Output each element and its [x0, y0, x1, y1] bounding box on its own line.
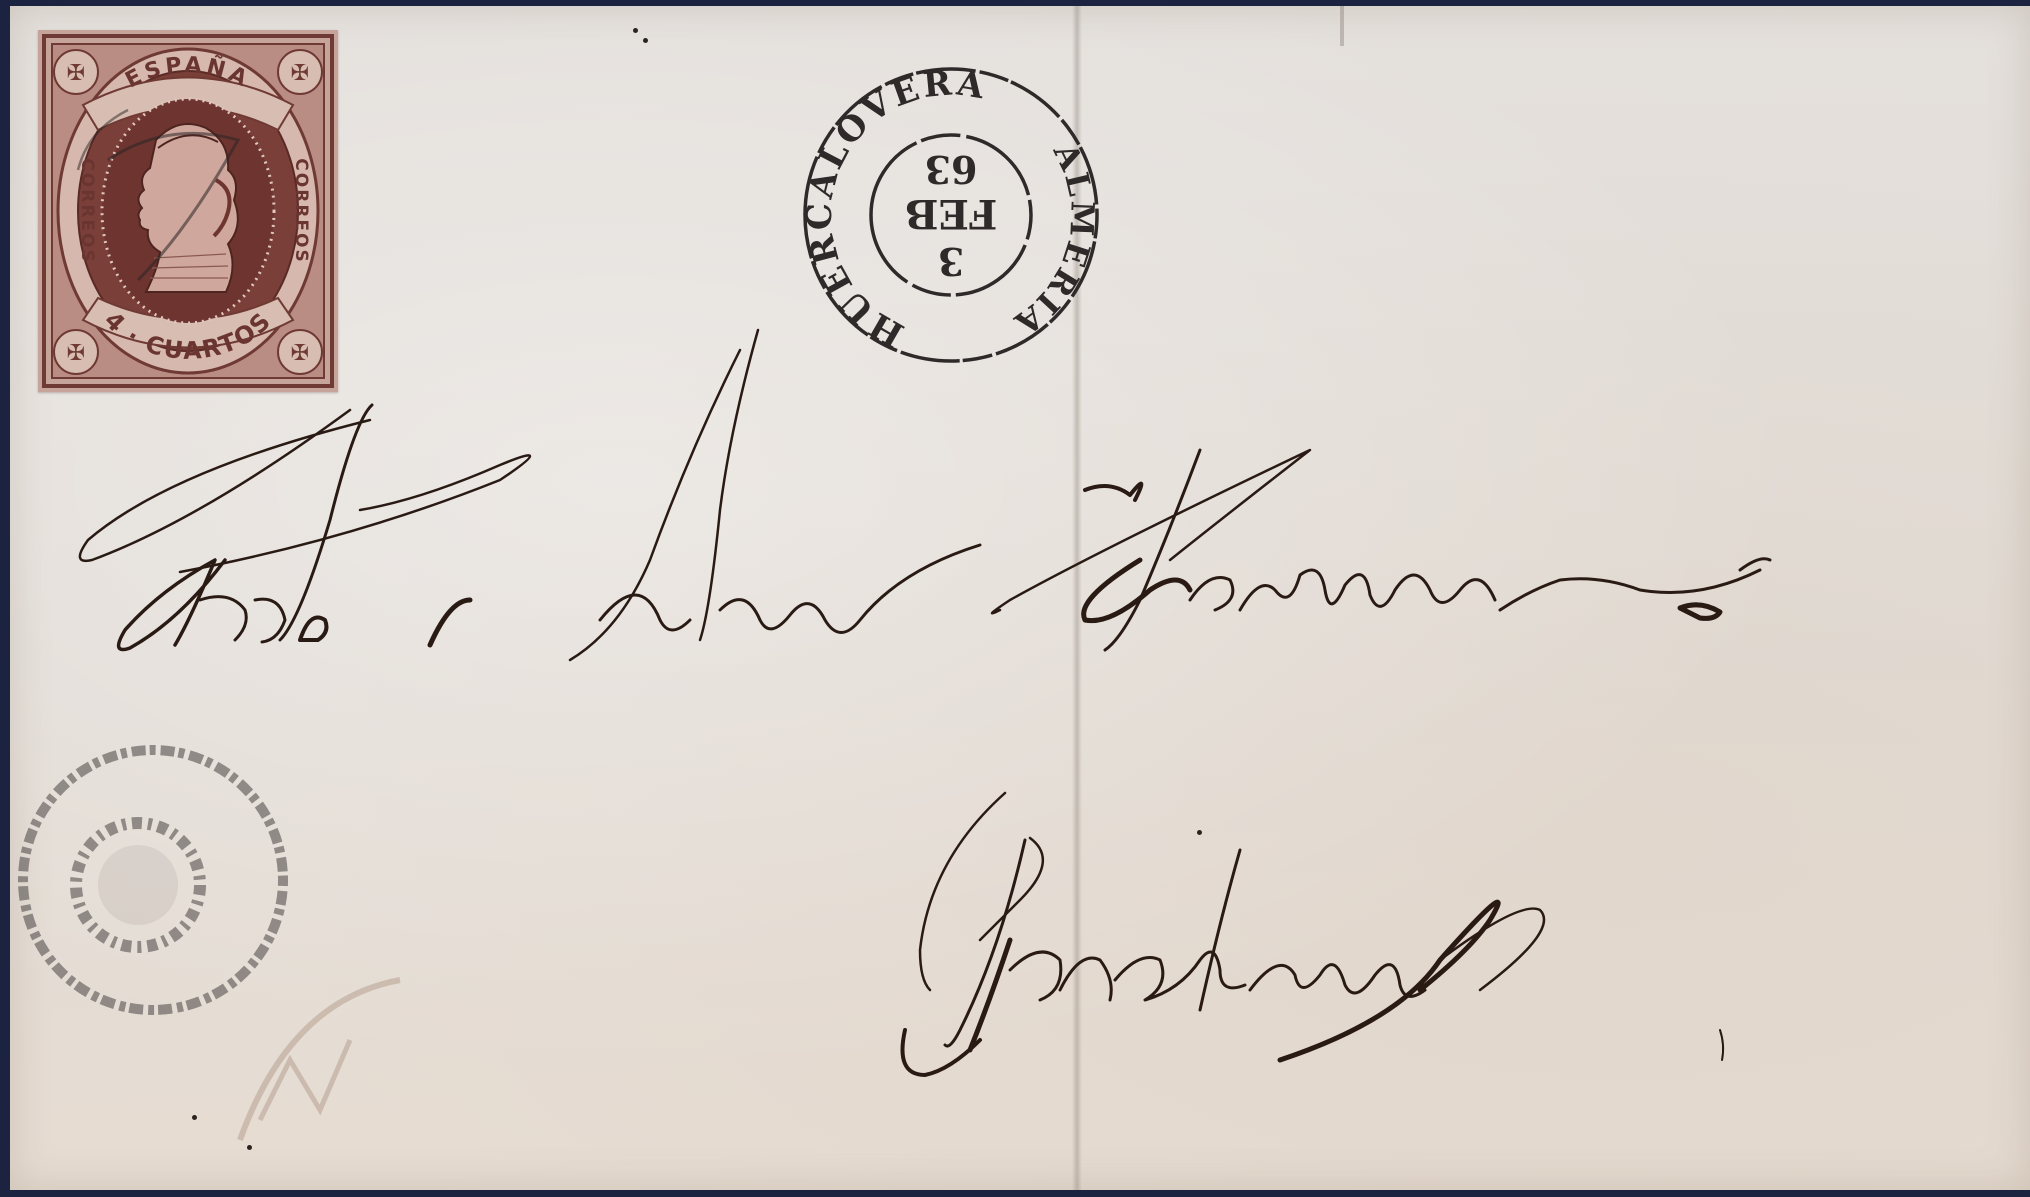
postmark-month: FEB	[905, 190, 998, 237]
stamp-left-text: CORREOS	[77, 158, 97, 263]
svg-text:✠: ✠	[67, 341, 85, 366]
faint-manuscript-mark	[200, 940, 430, 1170]
postmark-circle: HUERCALOVERA ALMERIA 3 FEB 63	[796, 60, 1106, 370]
svg-text:✠: ✠	[291, 341, 309, 366]
svg-text:✠: ✠	[67, 61, 85, 86]
stamp-right-text: CORREOS	[291, 158, 311, 263]
postage-stamp: ✠✠ ✠✠ ESPAÑA 4 · CUARTOS CORREOS CORREOS	[38, 30, 338, 392]
foxing-speck	[633, 28, 638, 33]
address-line2: Hermanos	[1040, 480, 1669, 619]
foxing-speck	[643, 38, 648, 43]
foxing-speck	[247, 1145, 252, 1150]
datestamp-postmark: HUERCALOVERA ALMERIA 3 FEB 63	[796, 60, 1106, 370]
stamp-design: ✠✠ ✠✠ ESPAÑA 4 · CUARTOS CORREOS CORREOS	[38, 30, 338, 392]
foxing-speck	[1197, 830, 1202, 835]
top-edge-crease	[1340, 6, 1344, 46]
postmark-day: 3	[938, 239, 964, 284]
foxing-speck	[192, 1115, 197, 1120]
address-line3: Barcelona	[900, 880, 1515, 1019]
address-line1: Sres. Alsinas	[80, 470, 864, 609]
postmark-year: 63	[925, 147, 978, 192]
svg-text:✠: ✠	[291, 61, 309, 86]
